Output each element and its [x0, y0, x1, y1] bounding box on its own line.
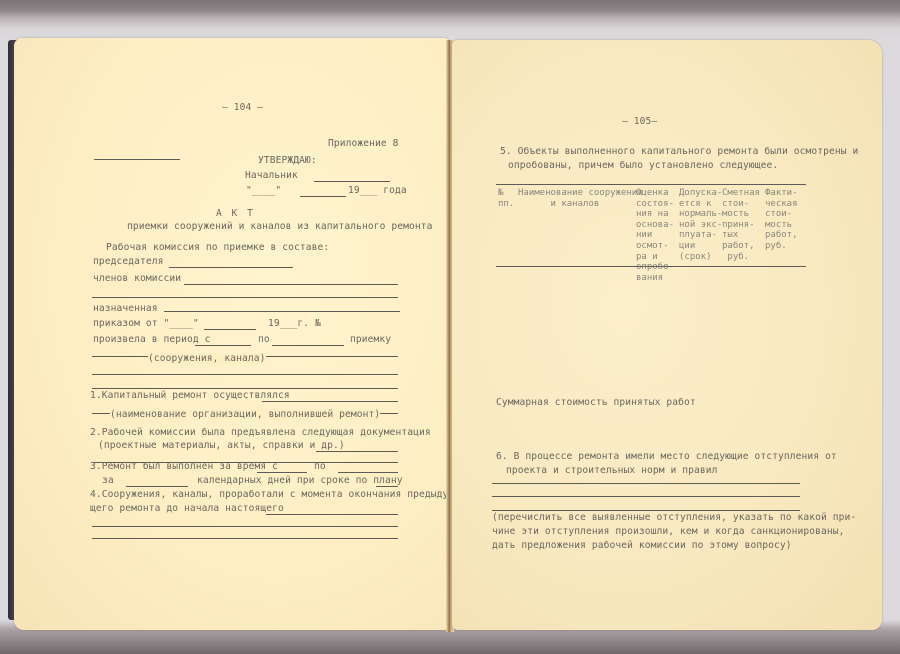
document-subtitle: приемки сооружений и каналов из капиталь…: [127, 221, 433, 232]
item4-field-3[interactable]: [92, 538, 398, 539]
document-title: А К Т: [216, 208, 255, 219]
chairman-field[interactable]: [169, 267, 293, 268]
item2-field[interactable]: [316, 451, 398, 452]
acceptance-label: приемку: [350, 334, 391, 345]
date-year: 19___ года: [348, 185, 407, 196]
appendix-label: Приложение 8: [328, 138, 399, 149]
table-bottom-rule: [496, 266, 806, 267]
item3-plan-field[interactable]: [376, 486, 398, 487]
table-header-name: Наименование сооружения и каналов: [518, 188, 643, 209]
signature-line: [94, 159, 180, 160]
table-header-actual-cost: Факти- ческая стои- мость работ, руб.: [765, 188, 798, 252]
item3-text-1: 3.Ремонт был выполнен за время с: [90, 461, 278, 472]
date-quote: "____": [246, 185, 281, 196]
page-number-left: — 104 —: [222, 102, 263, 113]
item6-text-1: 6. В процессе ремонта имели место следую…: [496, 451, 837, 462]
item6-field-2[interactable]: [492, 496, 800, 497]
period-to-label: по: [258, 334, 270, 345]
item3-days-field[interactable]: [126, 486, 188, 487]
appointed-label: назначенная: [93, 303, 158, 314]
members-field-2[interactable]: [92, 297, 398, 298]
item4-text-1: 4.Сооружения, каналы, проработали с моме…: [90, 489, 454, 500]
page-number-right: — 105—: [622, 116, 657, 127]
chairman-label: председателя: [93, 256, 164, 267]
item3-days-text: календарных дней при сроке по плану: [197, 475, 403, 486]
table-header-condition: Оценка состоя- ния на основа- нии осмот-…: [636, 188, 674, 283]
chief-label: Начальник: [245, 170, 298, 181]
order-date-field[interactable]: [204, 329, 256, 330]
table-header-estimated-cost: Сметная стои- мость приня- тых работ, ру…: [722, 188, 760, 262]
members-label: членов комиссии: [93, 273, 181, 284]
item6-note-2: чине эти отступления произошли, кем и ко…: [492, 526, 845, 537]
item4-text-2: щего ремонта до начала настоящего: [90, 503, 284, 514]
item4-field[interactable]: [266, 514, 398, 515]
item1-text: 1.Капитальный ремонт осуществлялся: [90, 390, 290, 401]
period-from-field[interactable]: [195, 345, 251, 346]
item3-to-field[interactable]: [338, 472, 398, 473]
commission-label: Рабочая комиссия по приемке в составе:: [106, 242, 329, 253]
item3-to-label: по: [314, 461, 326, 472]
total-cost-label: Суммарная стоимость принятых работ: [496, 397, 696, 408]
item6-field-1[interactable]: [492, 483, 800, 484]
approve-label: УТВЕРЖДАЮ:: [258, 155, 317, 166]
members-field[interactable]: [184, 284, 398, 285]
left-page: — 104 — Приложение 8 УТВЕРЖДАЮ: Начальни…: [14, 38, 450, 630]
item4-field-2[interactable]: [92, 526, 398, 527]
right-page: — 105— 5. Объекты выполненного капитальн…: [452, 40, 882, 630]
item6-field-3[interactable]: [492, 510, 800, 511]
performed-label: произвела в период с: [93, 334, 211, 345]
chief-field[interactable]: [314, 181, 390, 182]
structure-note: (сооружения, канала): [148, 353, 266, 364]
period-to-field[interactable]: [272, 345, 344, 346]
table-top-rule: [496, 184, 806, 185]
item6-text-2: проекта и строительных норм и правил: [506, 465, 718, 476]
item1-note: (наименование организации, выполнившей р…: [110, 409, 380, 420]
item2-text-2: (проектные материалы, акты, справки и др…: [98, 440, 345, 451]
item3-from-field[interactable]: [257, 472, 307, 473]
item5-text-1: 5. Объекты выполненного капитального рем…: [500, 146, 858, 157]
item1-field[interactable]: [262, 401, 398, 402]
date-month-field[interactable]: [300, 196, 346, 197]
order-year-label: 19___г. №: [268, 318, 321, 329]
structure-line-2[interactable]: [92, 374, 398, 375]
item3-for-label: за: [102, 475, 114, 486]
order-from-label: приказом от "____": [93, 318, 199, 329]
item6-note-1: (перечислить все выявленные отступления,…: [492, 512, 856, 523]
item6-note-3: дать предложения рабочей комиссии по это…: [492, 540, 792, 551]
item5-text-2: опробованы, причем было установлено след…: [508, 160, 778, 171]
appointed-field[interactable]: [164, 311, 400, 312]
item2-text-1: 2.Рабочей комиссии была предъявлена след…: [90, 427, 431, 438]
structure-line-3[interactable]: [92, 388, 398, 389]
table-header-allowed-operation: Допуска- ется к нормаль- ной экс- плуата…: [679, 188, 722, 262]
table-header-number: № пп.: [498, 188, 514, 209]
